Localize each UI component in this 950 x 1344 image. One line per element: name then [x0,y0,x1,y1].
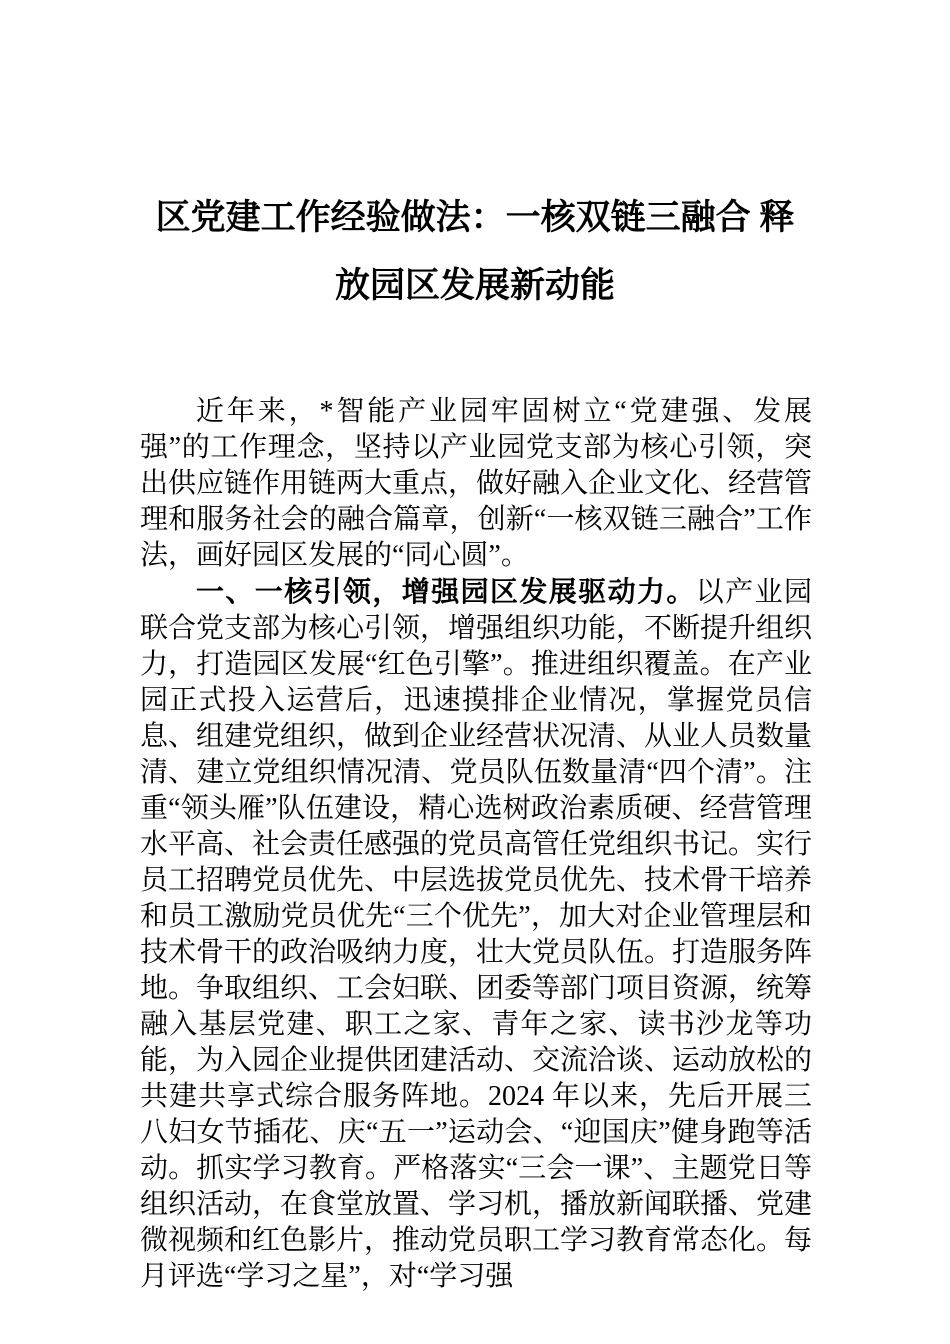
document-title-line-1: 区党建工作经验做法：一核双链三融合 释 [0,184,950,252]
document-page: 区党建工作经验做法：一核双链三融合 释 放园区发展新动能 近年来，*智能产业园牢… [0,0,950,1344]
document-title: 区党建工作经验做法：一核双链三融合 释 放园区发展新动能 [0,184,950,320]
paragraph-intro: 近年来，*智能产业园牢固树立“党建强、发展强”的工作理念，坚持以产业园党支部为核… [140,394,812,574]
paragraph-section-1: 一、一核引领，增强园区发展驱动力。以产业园联合党支部为核心引领，增强组织功能，不… [140,574,812,1295]
section-1-text: 以产业园联合党支部为核心引领，增强组织功能，不断提升组织力，打造园区发展“红色引… [140,577,812,1292]
section-1-heading: 一、一核引领，增强园区发展驱动力。 [196,576,696,607]
document-body: 近年来，*智能产业园牢固树立“党建强、发展强”的工作理念，坚持以产业园党支部为核… [140,394,812,1295]
document-title-line-2: 放园区发展新动能 [0,252,950,320]
